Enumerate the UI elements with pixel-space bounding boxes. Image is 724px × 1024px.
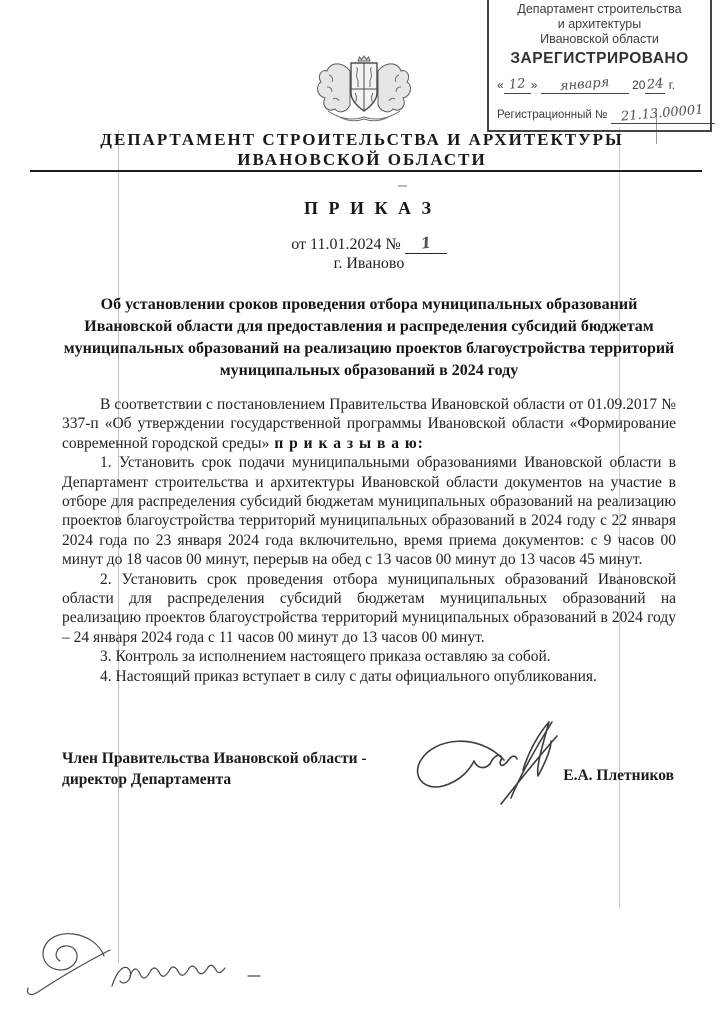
order-title: Об установлении сроков проведения отбора… xyxy=(62,294,676,382)
org-name-line2: ИВАНОВСКОЙ ОБЛАСТИ xyxy=(0,150,724,170)
stamp-org-line3: Ивановской области xyxy=(497,32,702,47)
signer-name: Е.А. Плетников xyxy=(563,765,674,786)
header-rule xyxy=(30,170,702,172)
stamp-year-handwritten: 24 xyxy=(646,76,664,92)
director-signature-icon xyxy=(408,712,566,810)
doc-type-heading: П Р И К А З xyxy=(62,198,676,219)
order-item-4: 4. Настоящий приказ вступает в силу с да… xyxy=(62,667,676,686)
org-name-line1: ДЕПАРТАМЕНТ СТРОИТЕЛЬСТВА И АРХИТЕКТУРЫ xyxy=(0,130,724,150)
registration-stamp: Департамент строительства и архитектуры … xyxy=(487,0,712,132)
stamp-year-field: 24 xyxy=(645,78,665,94)
stamp-day-field: 12 xyxy=(504,78,531,94)
stamp-reg-number-field: 21.13.00001 xyxy=(611,107,715,124)
stamp-org-line1: Департамент строительства xyxy=(497,2,702,17)
stamp-registration-row: Регистрационный № 21.13.00001 xyxy=(497,107,702,124)
order-date-line: от 11.01.2024 №1 xyxy=(62,236,676,254)
order-item-2: 2. Установить срок проведения отбора мун… xyxy=(62,570,676,648)
org-header: ДЕПАРТАМЕНТ СТРОИТЕЛЬСТВА И АРХИТЕКТУРЫ … xyxy=(0,130,724,170)
stamp-reg-label: Регистрационный № xyxy=(497,109,607,121)
order-city: г. Иваново xyxy=(62,255,676,273)
scan-artifact-speck xyxy=(398,185,407,187)
stamp-org-line2: и архитектуры xyxy=(497,17,702,32)
stamp-date-row: «12» января 2024 г. xyxy=(497,78,702,94)
order-number-field: 1 xyxy=(405,238,447,254)
bottom-handwritten-scribble-icon xyxy=(16,918,272,1010)
order-item-3: 3. Контроль за исполнением настоящего пр… xyxy=(62,647,676,666)
order-preamble: В соответствии с постановлением Правител… xyxy=(62,395,676,453)
stamp-month-handwritten: января xyxy=(559,75,610,94)
stamp-month-field: января xyxy=(541,78,629,94)
scanned-order-page: Департамент строительства и архитектуры … xyxy=(0,0,724,1024)
stamp-quote-close: » xyxy=(531,78,538,92)
signature-block: Член Правительства Ивановской области - … xyxy=(62,748,676,790)
stamp-quote-open: « xyxy=(497,78,504,92)
stamp-reg-number-handwritten: 21.13.00001 xyxy=(621,102,705,124)
order-item-1: 1. Установить срок подачи муниципальными… xyxy=(62,453,676,569)
stamp-year-prefix: 20 xyxy=(632,78,645,92)
prikazyvayu-keyword: п р и к а з ы в а ю: xyxy=(274,435,424,452)
order-number-handwritten: 1 xyxy=(419,235,431,250)
coat-of-arms-icon xyxy=(314,53,414,129)
stamp-year-suffix: г. xyxy=(669,78,675,92)
stamp-day-handwritten: 12 xyxy=(508,76,526,92)
stamp-registered-label: ЗАРЕГИСТРИРОВАНО xyxy=(497,51,702,66)
order-date-prefix: от 11.01.2024 № xyxy=(291,236,400,253)
document-body: П Р И К А З от 11.01.2024 №1 г. Иваново … xyxy=(62,192,676,686)
